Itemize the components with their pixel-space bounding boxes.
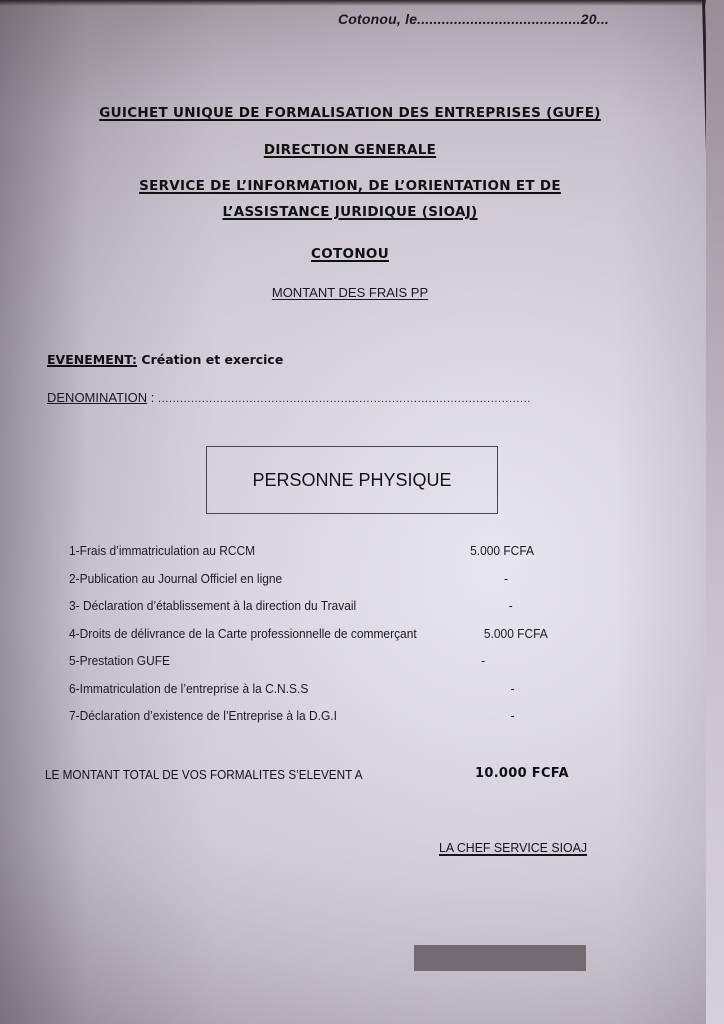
fee-description: 2-Publication au Journal Officiel en lig… bbox=[69, 571, 282, 586]
fee-description: 1-Frais d’immatriculation au RCCM bbox=[69, 543, 255, 558]
fee-description: 4-Droits de délivrance de la Carte profe… bbox=[69, 626, 417, 641]
service-heading-line1: SERVICE DE L’INFORMATION, DE L’ORIENTATI… bbox=[0, 178, 700, 194]
fee-row: 3- Déclaration d’établissement à la dire… bbox=[69, 598, 547, 626]
fee-description: 6-Immatriculation de l’entreprise à la C… bbox=[69, 681, 308, 696]
directorate-heading: DIRECTION GENERALE bbox=[0, 142, 700, 158]
redacted-area bbox=[414, 945, 586, 971]
denomination-field: ........................................… bbox=[158, 393, 531, 405]
fee-row: 7-Déclaration d’existence de l’Entrepris… bbox=[69, 708, 547, 736]
fee-description: 7-Déclaration d’existence de l’Entrepris… bbox=[69, 708, 337, 723]
denomination-label: DENOMINATION bbox=[47, 390, 147, 405]
city-heading: COTONOU bbox=[0, 246, 700, 262]
fee-amount: - bbox=[511, 708, 515, 723]
fee-description: 5-Prestation GUFE bbox=[69, 653, 170, 668]
fee-row: 5-Prestation GUFE - bbox=[69, 653, 547, 681]
date-line: Cotonou, le.............................… bbox=[338, 11, 609, 27]
event-line: EVENEMENT: Création et exercice bbox=[47, 352, 283, 367]
person-type-box: PERSONNE PHYSIQUE bbox=[206, 446, 498, 514]
fee-row: 1-Frais d’immatriculation au RCCM 5.000 … bbox=[69, 543, 547, 571]
organization-heading: GUICHET UNIQUE DE FORMALISATION DES ENTR… bbox=[0, 105, 700, 121]
signature-title: LA CHEF SERVICE SIOAJ bbox=[439, 840, 587, 855]
total-label: LE MONTANT TOTAL DE VOS FORMALITES S’ELE… bbox=[45, 768, 363, 782]
fee-amount: - bbox=[509, 598, 513, 613]
fee-amount: - bbox=[504, 571, 508, 586]
total-amount: 10.000 FCFA bbox=[475, 766, 569, 781]
fee-row: 4-Droits de délivrance de la Carte profe… bbox=[69, 626, 547, 654]
denomination-separator: : bbox=[147, 390, 158, 405]
fee-amount: 5.000 FCFA bbox=[484, 626, 548, 641]
fee-description: 3- Déclaration d’établissement à la dire… bbox=[69, 598, 356, 613]
fee-row: 6-Immatriculation de l’entreprise à la C… bbox=[69, 681, 547, 709]
event-label: EVENEMENT: bbox=[47, 352, 137, 367]
denomination-line: DENOMINATION : .........................… bbox=[47, 390, 531, 405]
top-shadow bbox=[0, 0, 724, 6]
event-value: Création et exercice bbox=[137, 352, 283, 367]
fee-amount: 5.000 FCFA bbox=[470, 543, 534, 558]
fee-list: 1-Frais d’immatriculation au RCCM 5.000 … bbox=[69, 543, 589, 736]
fees-subtitle: MONTANT DES FRAIS PP bbox=[0, 285, 700, 300]
service-heading-line2: L’ASSISTANCE JURIDIQUE (SIOAJ) bbox=[0, 204, 700, 220]
fee-amount: - bbox=[481, 653, 485, 668]
fee-row: 2-Publication au Journal Officiel en lig… bbox=[69, 571, 547, 599]
background-strip bbox=[706, 0, 724, 1024]
fee-amount: - bbox=[511, 681, 515, 696]
